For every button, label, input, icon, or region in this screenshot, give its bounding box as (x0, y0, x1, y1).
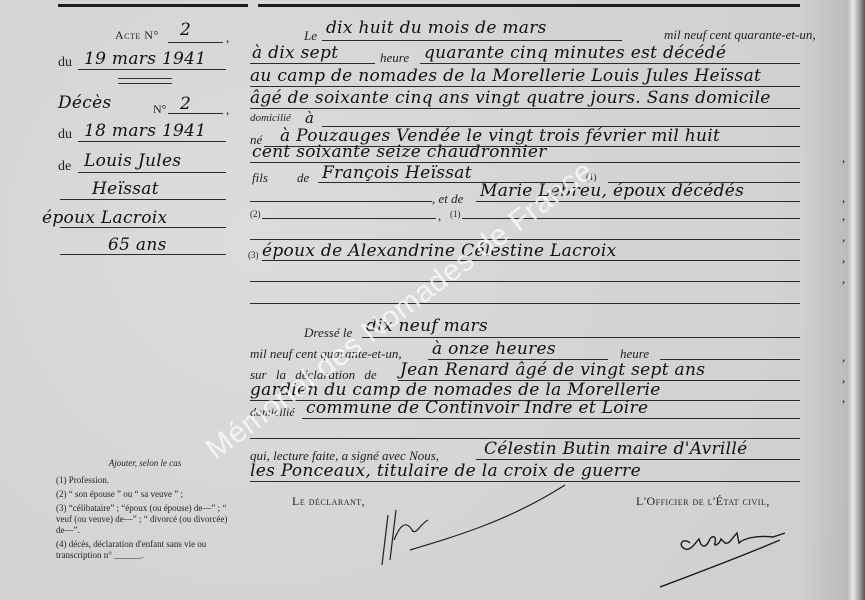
separator-double-rule (118, 78, 172, 84)
declarant-signature (370, 480, 570, 570)
body-line-2: quarante cinq minutes est décédé (424, 43, 726, 63)
comma: , (226, 30, 229, 46)
declarant-domicile-line (302, 418, 800, 419)
domicile-label: domicilié (250, 112, 291, 124)
deces-number-line (168, 113, 223, 114)
acte-date: 19 mars 1941 (84, 49, 206, 69)
line-3-rule (250, 86, 800, 87)
year-printed: mil neuf cent quarante-et-un, (664, 27, 816, 43)
note-ref-2: (2) (250, 209, 261, 219)
du-label: du (58, 55, 72, 71)
domicile-value: à (305, 109, 314, 127)
top-rule-right (258, 4, 800, 7)
comma: , (226, 102, 229, 118)
acte-number-line (168, 42, 223, 43)
officer-signature-label: L'Officier de l'État civil, (636, 494, 770, 509)
hour-line (250, 63, 375, 64)
deces-date: 18 mars 1941 (84, 121, 206, 141)
deces-number: 2 (180, 94, 191, 114)
dresse-hour: à onze heures (432, 339, 556, 359)
note-2-line (262, 218, 436, 219)
officer-line-1 (476, 459, 800, 460)
deces-label: Décès (58, 93, 112, 113)
deces-du-label: du (58, 127, 72, 143)
footnotes-title: Ajouter, selon le cas (56, 458, 234, 469)
page-edge-shadow (800, 0, 848, 600)
name-line-1 (78, 172, 226, 173)
footnotes: Ajouter, selon le cas (1) Profession. (2… (56, 458, 234, 564)
body-line-3: au camp de nomades de la Morellerie Loui… (250, 66, 761, 86)
blank-line-b (250, 281, 800, 282)
top-rule-left (58, 4, 248, 7)
et-de-label: , et de (432, 191, 463, 207)
deceased-name-line1: Louis Jules (84, 151, 181, 171)
body-line-4: âgé de soixante cinq ans vingt quatre jo… (250, 88, 771, 108)
comma: , (438, 208, 441, 224)
blank-line-c (250, 303, 800, 304)
name-line-2 (60, 199, 226, 200)
note-ref-3: (3) (248, 250, 259, 260)
deceased-age: 65 ans (108, 235, 167, 255)
register-page: Acte N° 2 , du 19 mars 1941 Décès N° 2 ,… (0, 0, 848, 600)
declarant-signature-label: Le déclarant, (292, 494, 365, 509)
father-name: François Heïssat (322, 163, 472, 183)
officer-line-1-text: Célestin Butin maire d'Avrillé (484, 439, 748, 459)
footnote-3: (3) “célibataire” ; “époux (ou épouse) d… (56, 503, 234, 536)
fils-de-label: de (297, 170, 309, 186)
acte-date-line (78, 69, 226, 70)
deceased-name-line2: Heïssat (92, 179, 159, 199)
book-binding-edge (848, 0, 865, 600)
death-date-text: dix huit du mois de mars (326, 18, 547, 38)
de-label: de (58, 159, 71, 175)
acte-label: Acte N° (115, 28, 159, 43)
dresse-date-line (362, 337, 800, 338)
fils-label: fils (252, 170, 268, 186)
footnote-4: (4) décès, déclaration d'enfant sans vie… (56, 539, 234, 561)
deces-date-line (78, 141, 226, 142)
blank-line-a (250, 239, 800, 240)
note-ref-1b: (1) (450, 209, 461, 219)
birth-line-2: cent soixante seize chaudronnier (252, 142, 547, 162)
acte-number: 2 (180, 20, 191, 40)
heure-label: heure (380, 50, 409, 66)
line-4-rule (250, 108, 800, 109)
declarant-line-1-text: Jean Renard âgé de vingt sept ans (400, 360, 705, 380)
officer-signature: C Butin (655, 525, 795, 595)
father-blank-line (250, 201, 432, 202)
line-2-rule (420, 63, 800, 64)
footnote-1: (1) Profession. (56, 475, 234, 486)
declarant-domicile: commune de Continvoir Indre et Loire (306, 398, 648, 418)
deceased-name-line3: époux Lacroix (42, 208, 167, 228)
footnote-2: (2) “ son épouse ” ou “ sa veuve ” ; (56, 489, 234, 500)
deces-no-label: N° (153, 102, 166, 117)
le-label: Le (304, 28, 317, 44)
officer-line-2-text: les Ponceaux, titulaire de la croix de g… (250, 461, 641, 481)
death-hour: à dix sept (252, 43, 338, 63)
date-line (322, 40, 622, 41)
